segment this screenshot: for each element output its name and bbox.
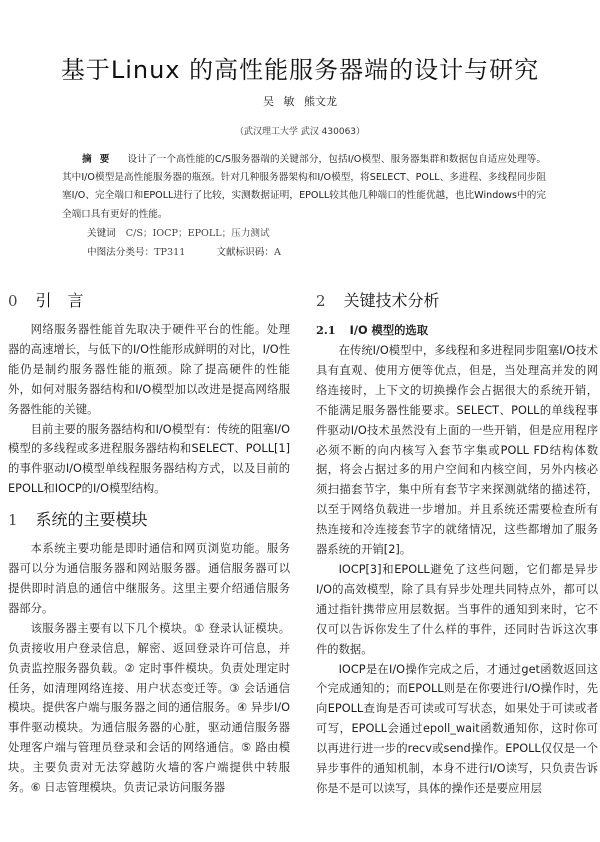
- subsection-2-1-heading: 2.1I/O 模型的选取: [316, 320, 598, 341]
- section-1-heading: 1系统的主要模块: [8, 509, 290, 531]
- paragraph: IOCP是在I/O操作完成之后，才通过get函数返回这个完成通知的；而EPOLL…: [316, 660, 598, 799]
- paragraph: 目前主要的服务器结构和I/O模型有：传统的阻塞I/O模型的多线程或多进程服务器结…: [8, 420, 290, 500]
- left-column: 0引 言 网络服务器性能首先取决于硬件平台的性能。处理器的高速增长，与低下的I/…: [8, 290, 290, 798]
- right-column: 2关键技术分析 2.1I/O 模型的选取 在传统I/O模型中，多线程和多进程同步…: [316, 290, 598, 799]
- paragraph: 在传统I/O模型中，多线程和多进程同步阻塞I/O技术具有直观、使用方便等优点，但…: [316, 341, 598, 560]
- paragraph: 本系统主要功能是即时通信和网页浏览功能。服务器可以分为通信服务器和网站服务器。通…: [8, 539, 290, 619]
- clc-code: TP311: [154, 247, 185, 258]
- abstract-label: 摘要: [82, 154, 117, 165]
- section-0-heading: 0引 言: [8, 290, 290, 312]
- paragraph: 网络服务器性能首先取决于硬件平台的性能。处理器的高速增长，与低下的I/O性能形成…: [8, 320, 290, 420]
- doc-code-label: 文献标识码：: [216, 247, 274, 258]
- keywords-label: 关键词: [87, 228, 116, 239]
- keywords-line: 关键词C/S；IOCP；EPOLL；压力测试: [87, 225, 270, 239]
- abstract: 摘要设计了一个高性能的C/S服务器端的关键部分，包括I/O模型、服务器集群和数据…: [62, 151, 546, 224]
- paragraph: IOCP[3]和EPOLL避免了这些问题，它们都是异步I/O的高效模型，除了具有…: [316, 560, 598, 660]
- abstract-text: 设计了一个高性能的C/S服务器端的关键部分，包括I/O模型、服务器集群和数据包自…: [62, 154, 546, 220]
- affiliation: （武汉理工大学 武汉 430063）: [0, 124, 600, 137]
- doc-code: A: [274, 247, 281, 258]
- authors: 吴 敏 熊文龙: [0, 93, 600, 109]
- section-2-heading: 2关键技术分析: [316, 290, 598, 312]
- paragraph: 该服务器主要有以下几个模块。① 登录认证模块。负责接收用户登录信息，解密、返回登…: [8, 619, 290, 798]
- keywords: C/S；IOCP；EPOLL；压力测试: [126, 228, 270, 239]
- classification-line: 中图法分类号：TP311 文献标识码：A: [87, 244, 281, 258]
- clc-label: 中图法分类号：: [87, 247, 154, 258]
- paper-title: 基于Linux 的高性能服务器端的设计与研究: [0, 50, 600, 85]
